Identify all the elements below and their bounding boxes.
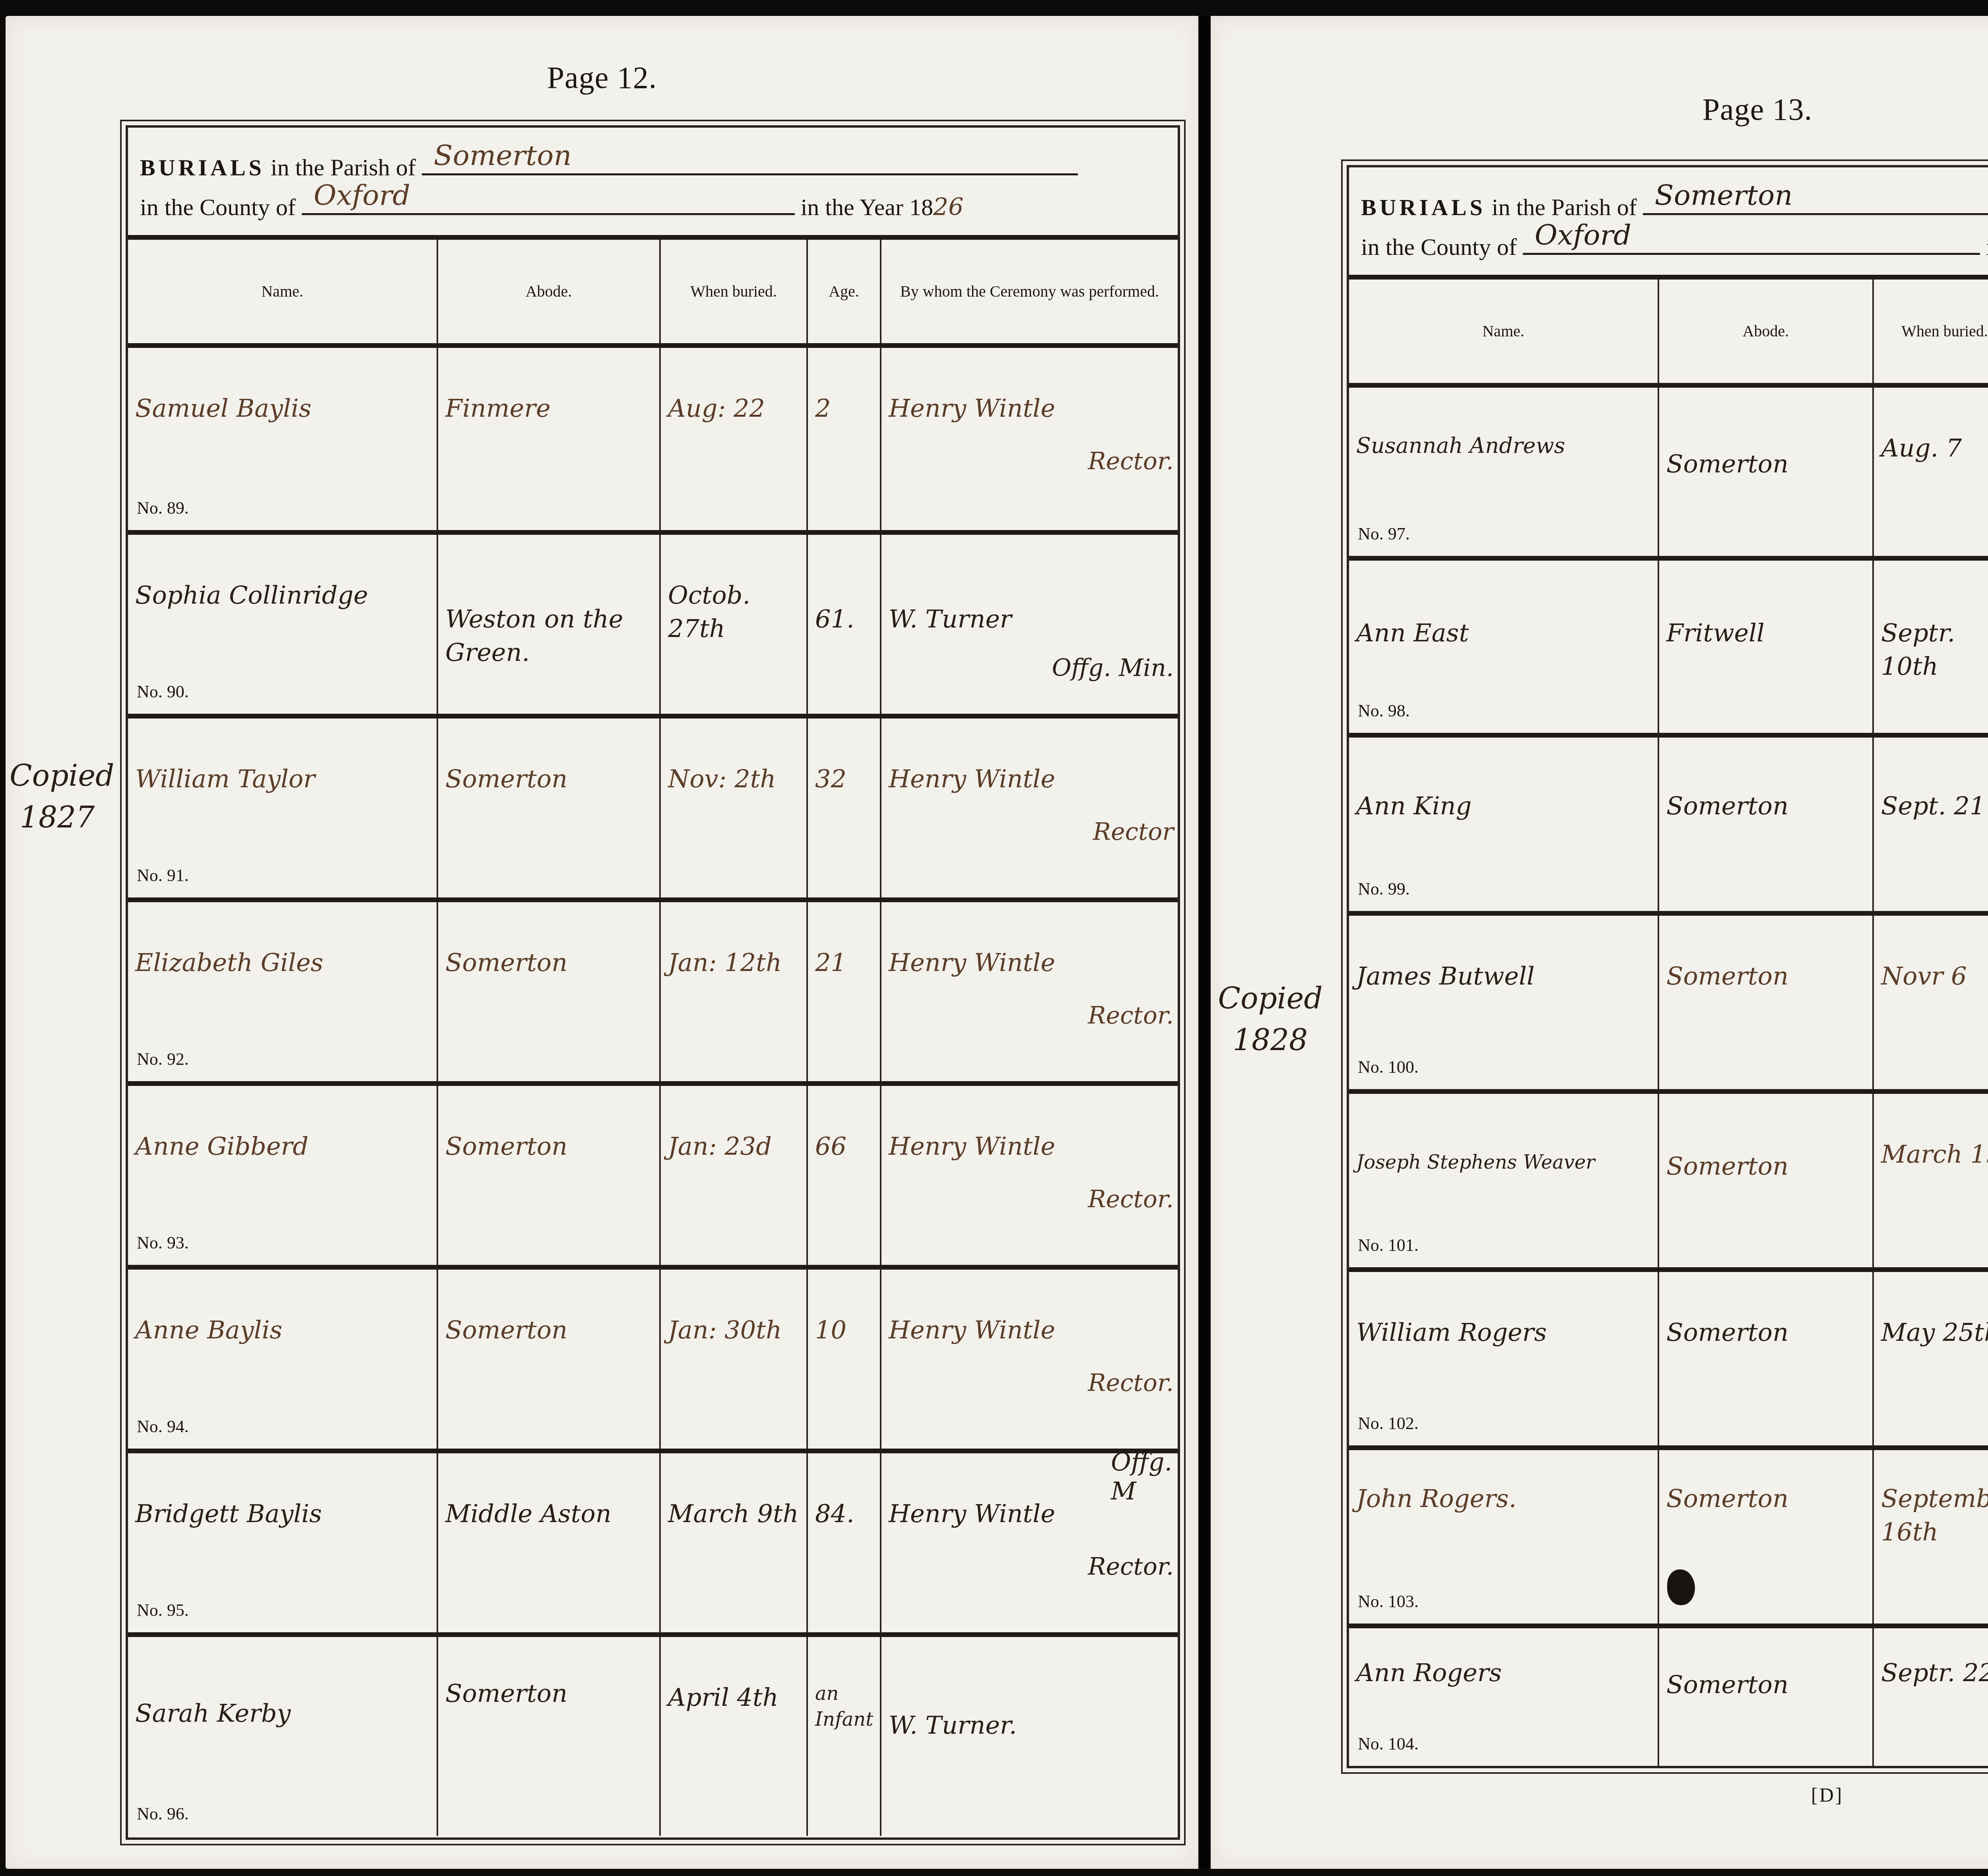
entries: Susannah AndrewsNo. 97. Somerton Aug. 7 … — [1349, 388, 1988, 1766]
entry-number: No. 95. — [137, 1600, 189, 1620]
header-abode: Abode. — [438, 240, 661, 343]
entry-number: No. 89. — [137, 498, 189, 518]
burial-register-table: BURIALS in the Parish of Somerton in the… — [126, 125, 1180, 1840]
register-title: BURIALS in the Parish of Somerton in the… — [128, 128, 1178, 240]
entry-number: No. 101. — [1358, 1235, 1419, 1255]
entry-row: William TaylorNo. 91. Somerton Nov: 2th … — [128, 719, 1178, 902]
entry-number: No. 94. — [137, 1416, 189, 1437]
entry-number: No. 92. — [137, 1049, 189, 1069]
entry-number: No. 97. — [1358, 524, 1410, 544]
margin-note-copied: Copied 1827 — [10, 755, 105, 839]
entry-row: Ann KingNo. 99. Somerton Sept. 21 13 T. … — [1349, 738, 1988, 916]
entry-row: Elizabeth GilesNo. 92. Somerton Jan: 12t… — [128, 902, 1178, 1086]
entry-number: No. 100. — [1358, 1057, 1419, 1077]
printer-signature-mark: [D] — [1811, 1783, 1843, 1806]
parish-line: BURIALS in the Parish of Somerton — [1361, 189, 1988, 221]
header-name: Name. — [1349, 280, 1659, 383]
entry-number: No. 90. — [137, 682, 189, 702]
overflow-officiant-title: Offg. M — [1111, 1447, 1198, 1505]
county-field: Oxford — [1523, 229, 1980, 255]
column-headers: Name. Abode. When buried. Age. By whom t… — [128, 240, 1178, 348]
page-heading: Page 13. — [1658, 91, 1857, 127]
left-page: Page 12. Copied 1827 BURIALS in the Pari… — [6, 16, 1198, 1869]
county-year-line: in the County of Oxford in the Year 1826 — [140, 189, 963, 221]
year-field: 26 — [933, 193, 963, 221]
entry-row: Ann EastNo. 98. Fritwell Septr. 10th Inf… — [1349, 561, 1988, 738]
column-headers: Name. Abode. When buried. Age. By whom t… — [1349, 280, 1988, 388]
header-age: Age. — [808, 240, 881, 343]
entry-number: No. 103. — [1358, 1591, 1419, 1612]
parish-field: Somerton — [1643, 189, 1988, 215]
header-officiant: By whom the Ceremony was performed. — [881, 240, 1178, 343]
entry-row: William RogersNo. 102. Somerton May 25th… — [1349, 1272, 1988, 1450]
entry-row: John Rogers.No. 103. Somerton Septemb. 1… — [1349, 1450, 1988, 1628]
entry-row: James ButwellNo. 100. Somerton Novr 6 3 … — [1349, 916, 1988, 1094]
ink-blot — [1667, 1569, 1695, 1605]
entry-row: Joseph Stephens WeaverNo. 101. Somerton … — [1349, 1094, 1988, 1272]
county-field: Oxford — [302, 189, 795, 215]
entry-row: Ann RogersNo. 104. Somerton Septr. 22 19… — [1349, 1628, 1988, 1766]
entry-row: Anne GibberdNo. 93. Somerton Jan: 23d 66… — [128, 1086, 1178, 1270]
header-when-buried: When buried. — [661, 240, 808, 343]
entry-number: No. 96. — [137, 1804, 189, 1824]
entry-number: No. 98. — [1358, 701, 1410, 721]
entry-number: No. 91. — [137, 865, 189, 886]
header-abode: Abode. — [1659, 280, 1874, 383]
entry-row: Anne BaylisNo. 94. Somerton Jan: 30th 10… — [128, 1270, 1178, 1453]
margin-note-copied: Copied 1828 — [1215, 978, 1326, 1061]
entry-row: Samuel BaylisNo. 89. Finmere Aug: 22 2 H… — [128, 348, 1178, 535]
register-title: BURIALS in the Parish of Somerton in the… — [1349, 167, 1988, 280]
header-when-buried: When buried. — [1874, 280, 1988, 383]
right-page: Page 13. Copied 1828 BURIALS in the Pari… — [1211, 16, 1988, 1869]
entry-row: Susannah AndrewsNo. 97. Somerton Aug. 7 … — [1349, 388, 1988, 561]
entry-number: No. 104. — [1358, 1734, 1419, 1754]
entry-row: Sarah KerbyNo. 96. Somerton April 4th an… — [128, 1637, 1178, 1836]
entry-number: No. 99. — [1358, 879, 1410, 899]
parish-field: Somerton — [422, 150, 1078, 175]
entries: Samuel BaylisNo. 89. Finmere Aug: 22 2 H… — [128, 348, 1178, 1837]
page-heading: Page 12. — [483, 60, 721, 95]
header-name: Name. — [128, 240, 438, 343]
entry-row: Bridgett BaylisNo. 95. Middle Aston Marc… — [128, 1453, 1178, 1637]
county-year-line: in the County of Oxford in the Year 1827 — [1361, 229, 1988, 261]
book-gutter — [1198, 16, 1211, 1869]
entry-number: No. 102. — [1358, 1413, 1419, 1433]
burial-register-table: BURIALS in the Parish of Somerton in the… — [1347, 165, 1988, 1768]
parish-line: BURIALS in the Parish of Somerton — [140, 150, 1078, 181]
entry-number: No. 93. — [137, 1233, 189, 1253]
entry-row: Sophia CollinridgeNo. 90. Weston on the … — [128, 535, 1178, 719]
